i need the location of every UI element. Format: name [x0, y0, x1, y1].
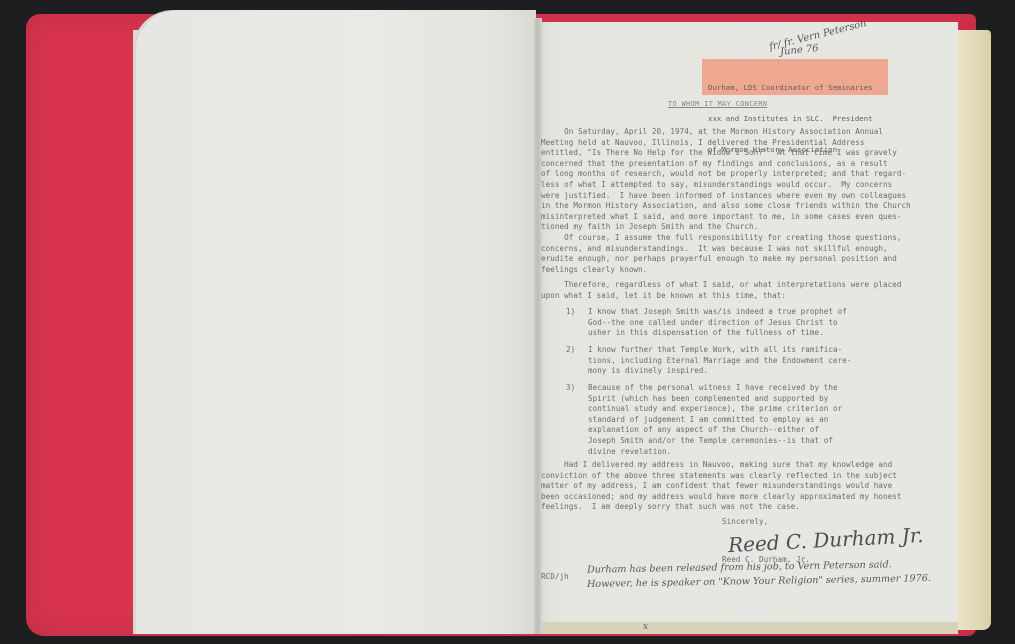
sticky-note: Durham, LDS Coordinator of Seminaries xx…	[702, 59, 888, 95]
book-gutter	[534, 18, 542, 634]
item-number: 2)	[566, 345, 575, 356]
closing-paragraph: Had I delivered my address in Nauvoo, ma…	[541, 460, 902, 513]
typist-initials: RCD/jh	[541, 572, 569, 583]
paragraph-2: Of course, I assume the full responsibil…	[541, 233, 902, 275]
page-stack-edge	[955, 30, 991, 630]
paragraph-1: On Saturday, April 20, 1974, at the Morm…	[541, 127, 911, 233]
item-text: Because of the personal witness I have r…	[588, 383, 842, 457]
closing-salutation: Sincerely,	[722, 517, 768, 528]
item-number: 3)	[566, 383, 575, 394]
paragraph-3: Therefore, regardless of what I said, or…	[541, 280, 902, 301]
item-text: I know that Joseph Smith was/is indeed a…	[588, 307, 847, 339]
sticky-note-line: Durham, LDS Coordinator of Seminaries	[708, 83, 882, 93]
left-page-blank	[136, 10, 536, 634]
item-number: 1)	[566, 307, 575, 318]
letter-heading: TO WHOM IT MAY CONCERN	[668, 100, 767, 108]
bottom-pencil-mark: x	[643, 622, 648, 632]
item-text: I know further that Temple Work, with al…	[588, 345, 851, 377]
right-page-bottom-edge	[540, 622, 958, 634]
sticky-note-line: xxx and Institutes in SLC. President	[708, 114, 882, 124]
